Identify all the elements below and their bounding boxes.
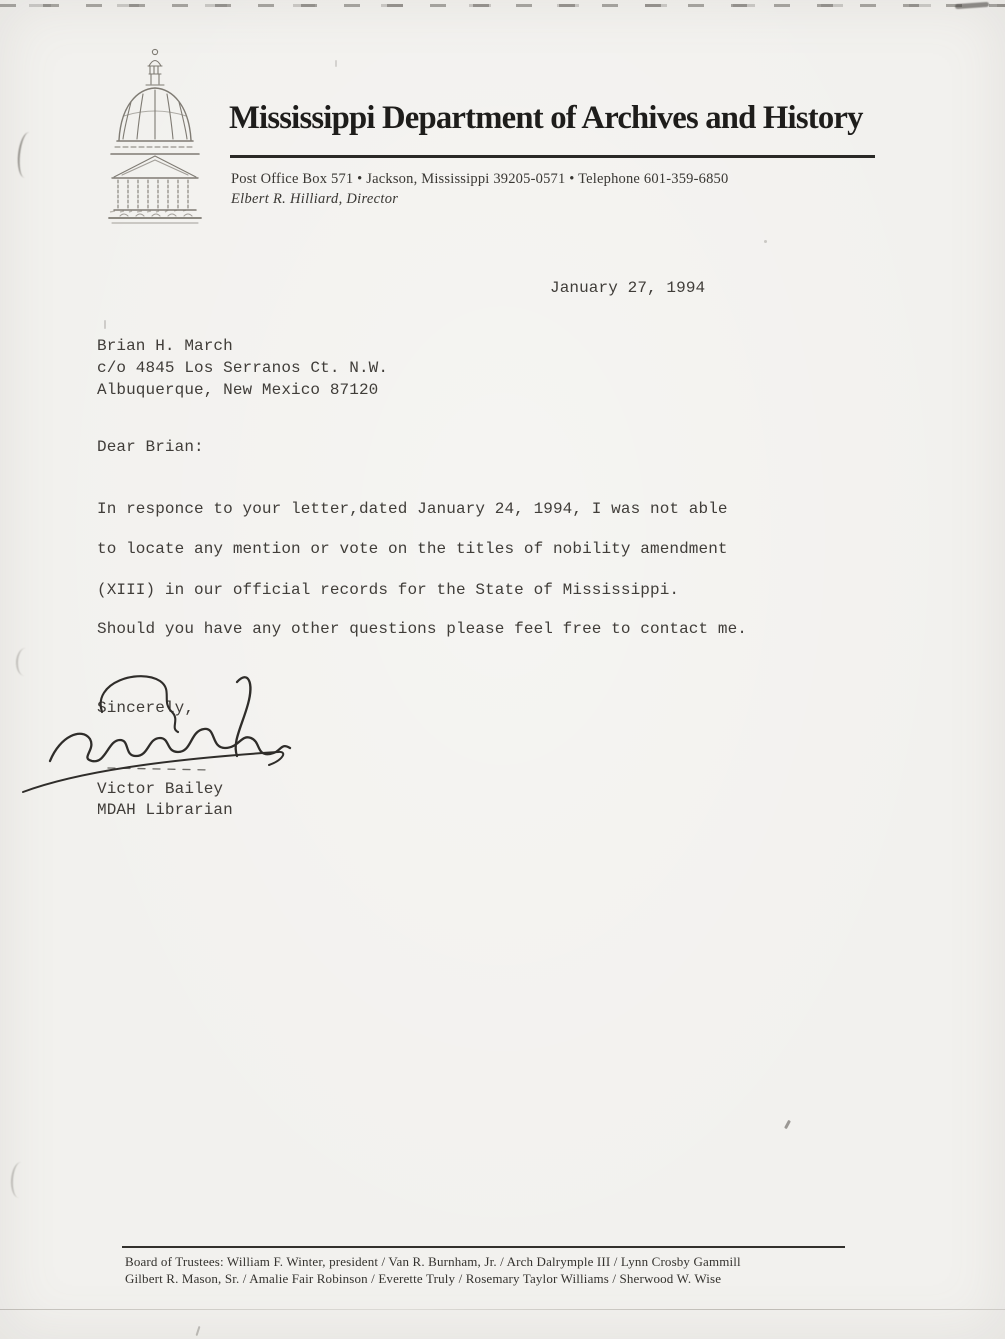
scan-speck	[104, 320, 106, 329]
salutation: Dear Brian:	[97, 438, 204, 456]
body-line: to locate any mention or vote on the tit…	[97, 540, 728, 558]
body-line: Should you have any other questions plea…	[97, 620, 747, 638]
letterhead-director: Elbert R. Hilliard, Director	[231, 191, 398, 208]
footer-divider	[122, 1246, 845, 1248]
letterhead-address: Post Office Box 571 • Jackson, Mississip…	[231, 171, 728, 188]
org-title: Mississippi Department of Archives and H…	[229, 100, 863, 137]
body-line: In responce to your letter,dated January…	[97, 500, 728, 518]
signature-title: MDAH Librarian	[97, 801, 233, 819]
trustees-line-1: Board of Trustees: William F. Winter, pr…	[125, 1254, 741, 1270]
scan-curl-artifact-left-upper	[16, 131, 39, 179]
body-line: (XIII) in our official records for the S…	[97, 581, 679, 599]
scan-speck	[764, 240, 767, 243]
letter-date: January 27, 1994	[550, 279, 705, 297]
scan-speck	[335, 60, 337, 67]
recipient-address-line1: c/o 4845 Los Serranos Ct. N.W.	[97, 359, 388, 377]
signature-name: Victor Bailey	[97, 780, 223, 798]
recipient-address-line2: Albuquerque, New Mexico 87120	[97, 381, 378, 399]
logo-caption-scribble	[108, 206, 198, 216]
scan-edge-artifact-top	[0, 4, 1005, 7]
scanned-letter-page: Mississippi Department of Archives and H…	[0, 0, 1005, 1339]
scan-speck	[196, 1326, 201, 1336]
trustees-line-2: Gilbert R. Mason, Sr. / Amalie Fair Robi…	[125, 1271, 721, 1287]
recipient-name: Brian H. March	[97, 337, 233, 355]
scan-speck	[784, 1120, 791, 1129]
scan-edge-artifact-bottom	[0, 1309, 1005, 1310]
scan-curl-artifact-left-lower	[10, 1161, 30, 1198]
capitol-building-logo-icon	[94, 44, 216, 226]
letterhead-divider	[230, 155, 875, 158]
scan-smudge-top-right	[955, 2, 989, 9]
